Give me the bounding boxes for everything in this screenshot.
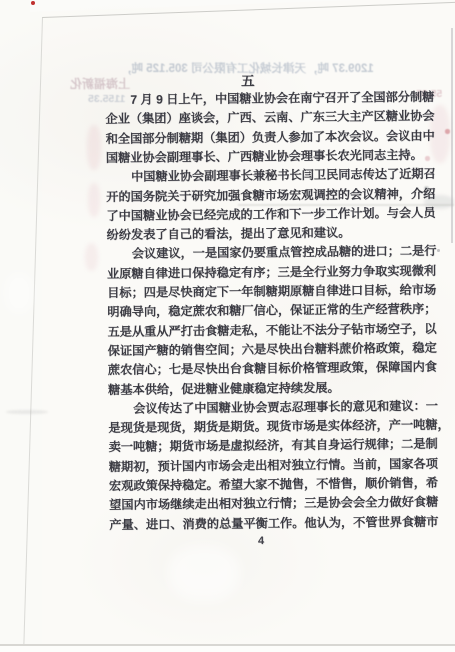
bleedthrough-smudge xyxy=(87,125,101,170)
scanner-background-left xyxy=(0,0,42,652)
text-line: 了中国糖业协会已经完成的工作和下一步工作计划。与会人员 xyxy=(106,205,435,224)
text-line: 卖一吨糖；期货市场是虚拟经济，有其自身运行规律；二是制 xyxy=(109,436,438,455)
text-line: 业原糖自律进口保持稳定有序；三是全行业努力争取实现微利 xyxy=(107,263,436,282)
red-speck xyxy=(31,1,35,5)
text-line: 国糖业协会副理事长、广西糖业协会理事长农光同志主持。 xyxy=(106,147,423,166)
text-line: 糖期初，预计国内市场会走出相对独立行情。当前，国家各项 xyxy=(109,456,438,475)
bright-patch xyxy=(168,545,240,601)
page-number: 4 xyxy=(258,535,264,547)
text-line: 宏观政策保持稳定。希望大家不抛售，不惜售，顺价销售，希 xyxy=(109,475,438,494)
page-edge-right-line xyxy=(451,28,453,243)
scanner-background-bottom xyxy=(0,646,455,652)
bleedthrough-smudge xyxy=(85,243,98,271)
text-line: 目标；四是尽快商定下一年制糖期原糖自律进口目标，给市场 xyxy=(107,282,436,301)
text-line: 蔗农信心；七是尽快出台食糖目标价格管理政策，保障国内食 xyxy=(108,359,437,378)
text-line: 保证国产糖的销售空间；六是尽快出台糖料蔗价格政策，稳定 xyxy=(108,340,437,359)
text-line: 会议传达了中国糖业协会贾志忍理事长的意见和建议：一 xyxy=(133,398,438,417)
text-line: 望国内市场继续走出相对独立行情；三是协会会全力做好食糖 xyxy=(109,494,438,513)
text-line: 中国糖业协会副理事长兼秘书长闫卫民同志传达了近期召 xyxy=(131,166,436,185)
text-line: 是现货是现货，期货是期货。现货市场是实体经济，产一吨糖， xyxy=(108,417,449,436)
text-line: 明确导向，稳定蔗农和糖厂信心，保证正常的生产经营秩序； xyxy=(107,301,436,320)
text-line: 产量、进口、消费的总量平衡工作。他认为，不管世界食糖市 xyxy=(109,513,438,532)
text-line: 糖基本供给，促进糖业健康稳定持续发展。 xyxy=(108,379,340,397)
section-heading: 五 xyxy=(241,70,256,90)
document-body: 五 7 月 9 日上午，中国糖业协会在南宁召开了全国部分制糖企业（集团）座谈会，… xyxy=(104,65,453,538)
text-line: 会议建议，一是国家仍要重点管控成品糖的进口；二是行 xyxy=(132,243,437,262)
text-line: 和全国部分制糖期（集团）负责人参加了本次会议。会议由中 xyxy=(106,127,435,146)
text-line: 五是从重从严打击食糖走私，不能让不法分子钻市场空子，以 xyxy=(107,320,436,339)
text-line: 开的国务院关于研究加强食糖市场宏观调控的会议精神，介绍 xyxy=(106,185,435,204)
text-line: 纷纷发表了自己的看法，提出了意见和建议。 xyxy=(107,225,351,243)
bleedthrough-smudge xyxy=(88,183,100,217)
text-line: 企业（集团）座谈会，广西、云南、广东三大主产区糖业协会 xyxy=(105,108,434,127)
text-line: 7 月 9 日上午，中国糖业协会在南宁召开了全国部分制糖 xyxy=(130,89,434,108)
scanned-document-page: 1209.37 吨，天津长城化工有限公司 305.125 吨， 上海福新化 11… xyxy=(0,0,455,652)
document-body-lines: 7 月 9 日上午，中国糖业协会在南宁召开了全国部分制糖企业（集团）座谈会，广西… xyxy=(104,65,449,68)
